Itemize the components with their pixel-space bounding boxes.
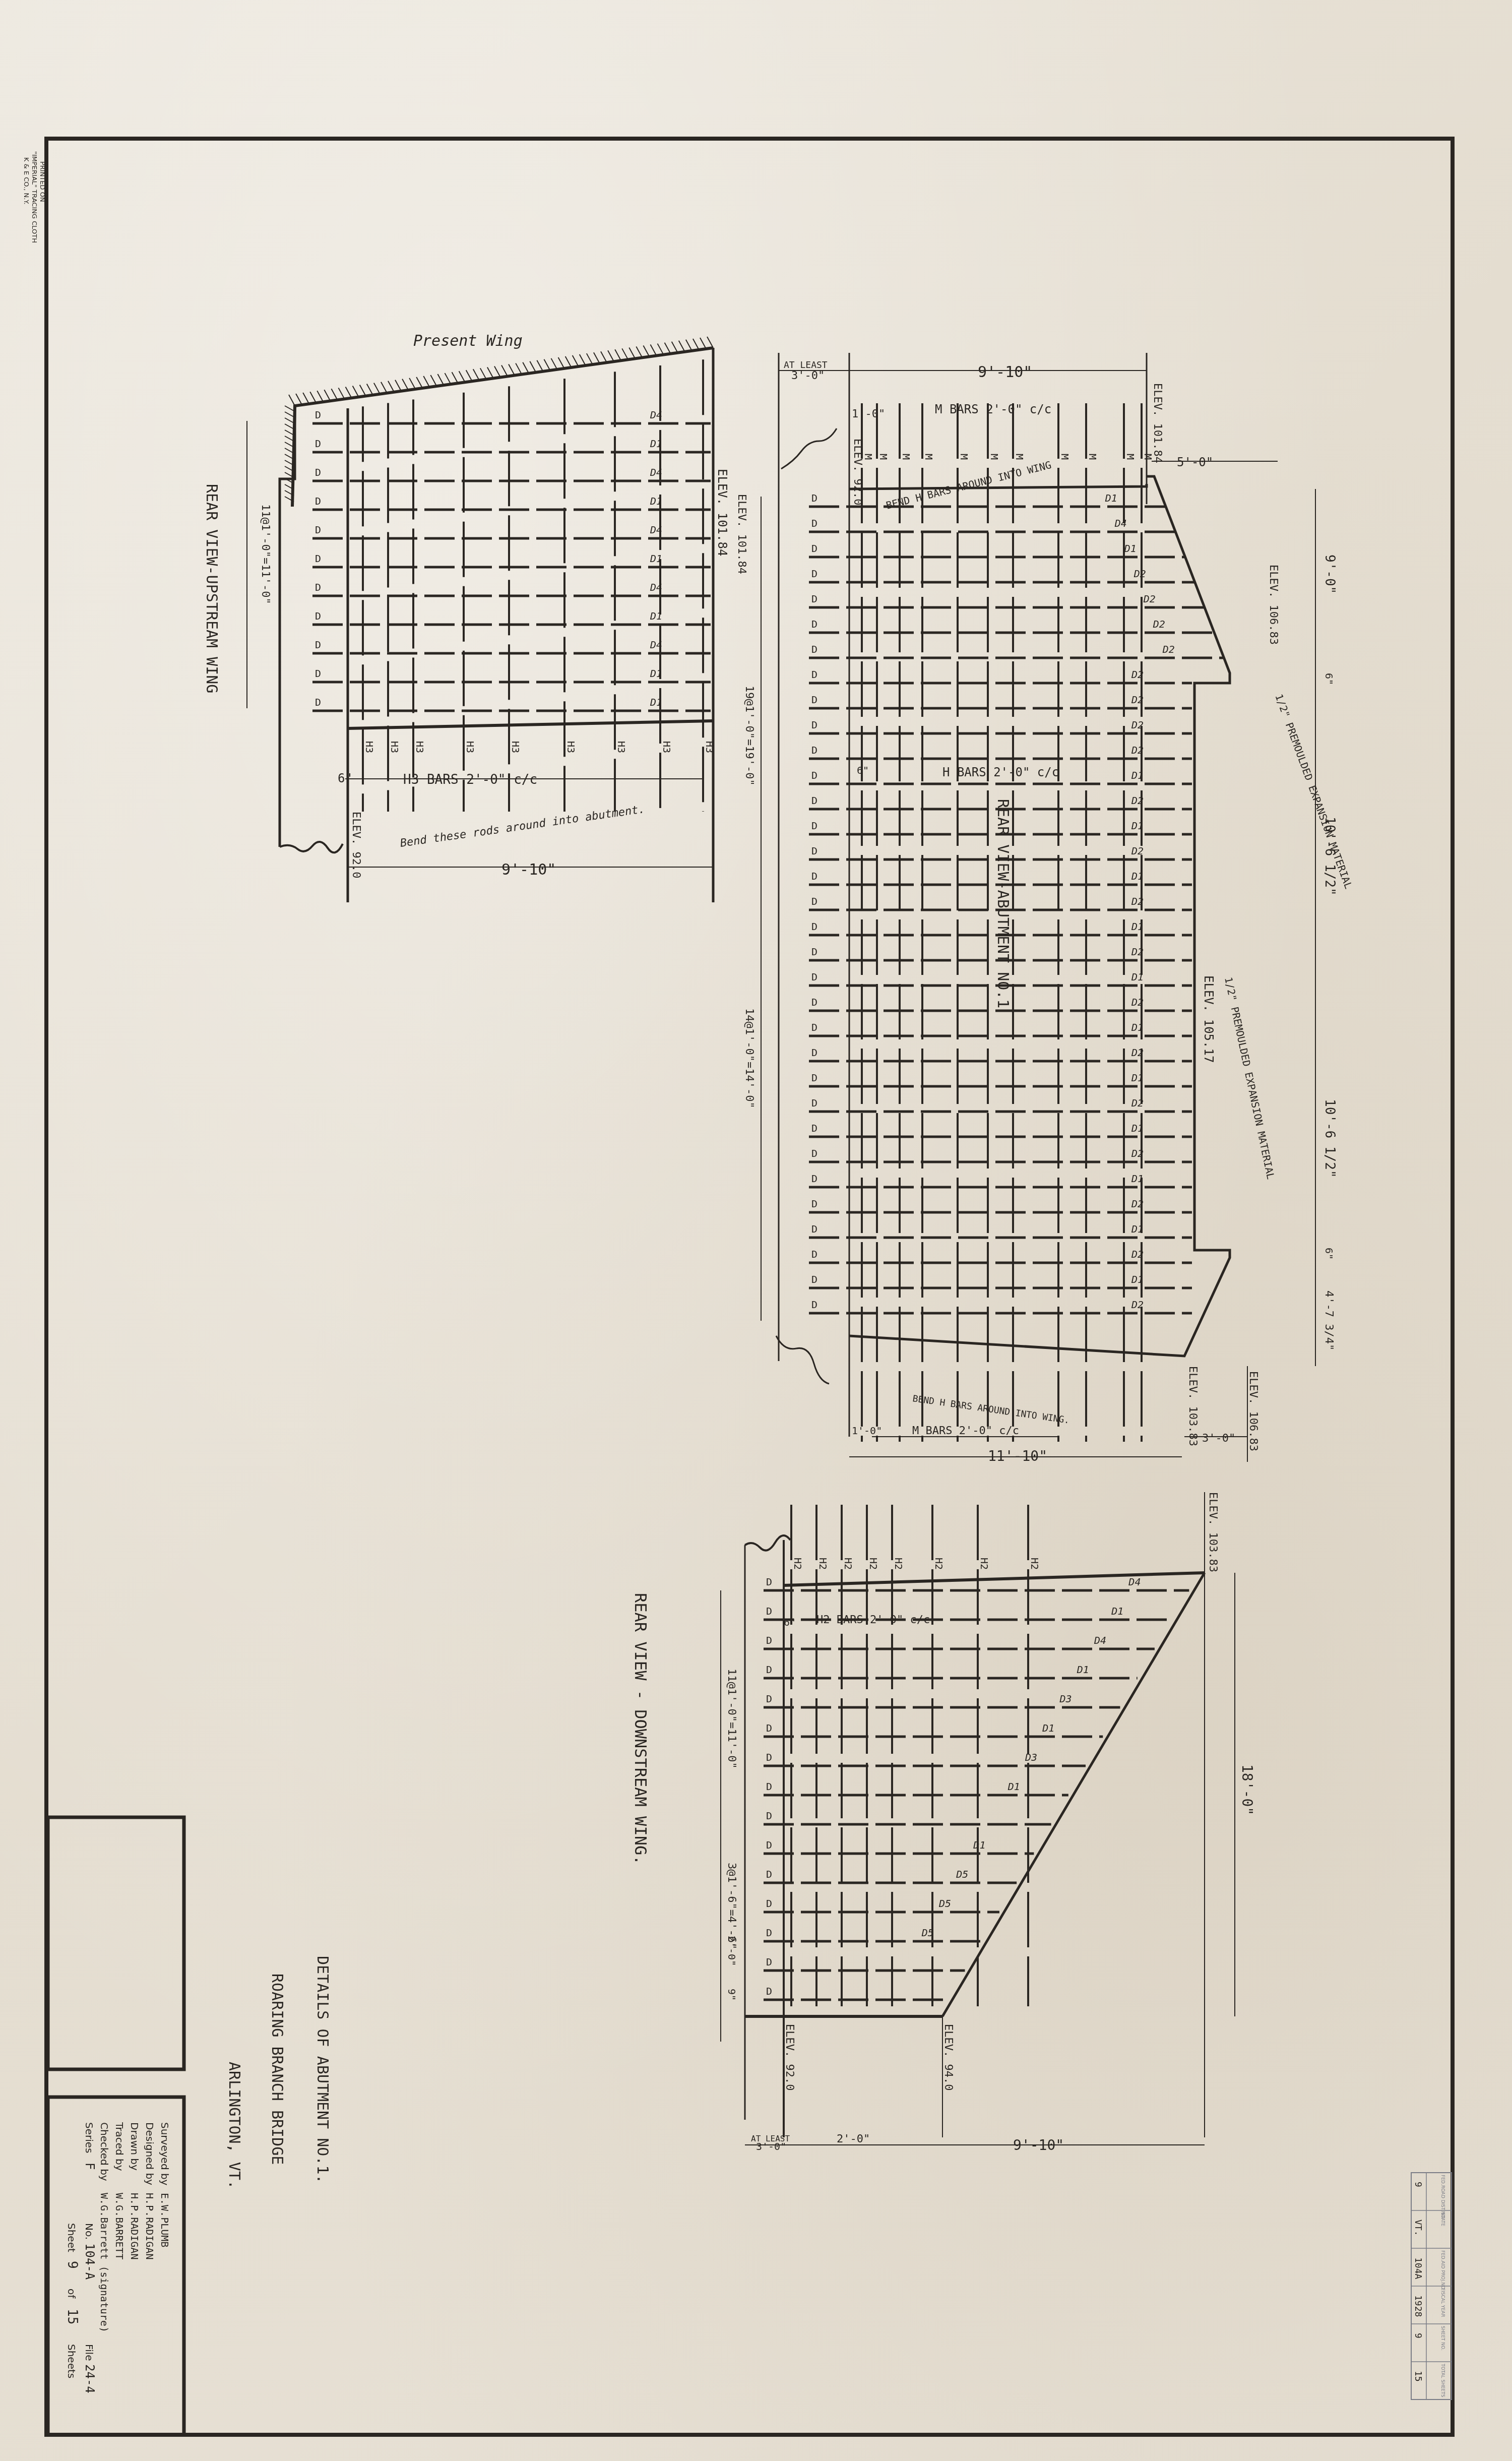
svg-text:D: D [766, 1897, 772, 1910]
svg-text:of: of [66, 2289, 78, 2299]
svg-text:D: D [315, 552, 321, 565]
svg-text:15: 15 [65, 2309, 80, 2324]
svg-text:9": 9" [726, 1989, 738, 2001]
svg-text:H2: H2 [1029, 1558, 1041, 1570]
svg-text:5'-0": 5'-0" [1177, 455, 1213, 469]
svg-text:D: D [766, 1780, 772, 1793]
svg-text:BEND H BARS AROUND INTO WING: BEND H BARS AROUND INTO WING [885, 459, 1052, 512]
svg-text:D: D [811, 1173, 817, 1185]
svg-text:D: D [811, 769, 817, 781]
svg-text:M: M [988, 454, 1000, 460]
svg-text:9'-0": 9'-0" [1322, 555, 1337, 594]
svg-text:"IMPERIAL" TRACING CLOTH: "IMPERIAL" TRACING CLOTH [30, 151, 38, 243]
h3-bars-note: H3 BARS 2'-0" c/c [403, 772, 537, 787]
title-block-label: Designed by [144, 2122, 156, 2185]
svg-text:3'-0": 3'-0" [1202, 1432, 1235, 1445]
svg-text:D: D [811, 694, 817, 706]
title-block-value: W.G.Barrett (signature) [98, 2193, 110, 2332]
svg-text:6": 6" [857, 764, 869, 776]
svg-text:104A: 104A [1413, 2257, 1423, 2280]
svg-text:ELEV. 92.0: ELEV. 92.0 [350, 812, 362, 878]
ab-grid-rebar: DD1DD4DD1DD2DD2DD2DD2DD2DD2DD2DD2DD1DD2D… [809, 403, 1223, 1442]
sheet-border [46, 139, 1453, 2435]
svg-text:D: D [811, 668, 817, 681]
svg-text:D: D [811, 820, 817, 832]
svg-text:ELEV. 92.0: ELEV. 92.0 [851, 439, 864, 505]
svg-text:H3: H3 [565, 741, 577, 753]
svg-text:H3: H3 [510, 741, 522, 753]
svg-text:9: 9 [65, 2261, 80, 2269]
svg-text:D2: D2 [1133, 568, 1146, 580]
svg-text:6": 6" [784, 1616, 796, 1628]
federal-aid-project-box: FED.ROAD DIST.NO.9STATEVT.FED.AID PROJ.N… [1411, 2173, 1452, 2400]
title-block-label: Traced by [113, 2122, 125, 2171]
svg-text:D: D [766, 1634, 772, 1646]
svg-text:D: D [766, 1985, 772, 1997]
svg-text:D4: D4 [1128, 1576, 1141, 1588]
svg-text:ELEV. 103.83: ELEV. 103.83 [1186, 1366, 1199, 1446]
svg-text:1/2" PREMOULDED EXPANSION MATE: 1/2" PREMOULDED EXPANSION MATERIAL [1273, 693, 1355, 891]
blank-title-box [48, 1817, 184, 2069]
svg-text:D: D [766, 1839, 772, 1851]
svg-text:H3: H3 [661, 741, 673, 753]
svg-text:1'-0": 1'-0" [852, 1425, 882, 1437]
svg-text:D3: D3 [1025, 1751, 1037, 1763]
svg-text:D: D [811, 1072, 817, 1084]
svg-text:TOTAL SHEETS: TOTAL SHEETS [1440, 2363, 1445, 2397]
svg-text:M: M [1087, 454, 1099, 460]
svg-text:D2: D2 [1143, 593, 1156, 605]
svg-text:D: D [811, 971, 817, 983]
svg-text:D: D [315, 696, 321, 708]
svg-text:D: D [766, 1810, 772, 1822]
svg-text:9: 9 [1413, 2333, 1423, 2339]
svg-text:H2: H2 [842, 1558, 854, 1570]
svg-text:D2: D2 [1153, 618, 1165, 630]
svg-text:D: D [811, 1299, 817, 1311]
svg-text:File: File [83, 2344, 95, 2361]
abutment-view: DD1DD4DD1DD2DD2DD2DD2DD2DD2DD2DD2DD1DD2D… [735, 353, 1355, 1464]
upstream-width-dim: 9'-10" [501, 861, 556, 879]
svg-text:6": 6" [1323, 673, 1335, 685]
svg-text:18'-0": 18'-0" [1239, 1764, 1255, 1815]
title-block-label: Surveyed by [159, 2122, 171, 2186]
svg-text:M BARS 2'-0" c/c: M BARS 2'-0" c/c [912, 1425, 1019, 1437]
up-grid-rebar: DD4DD1DD4DD1DD4DD1DD4DD1DD4DD1DD1H3H3H3H… [312, 359, 716, 812]
present-wing-label: Present Wing [413, 332, 523, 350]
svg-text:D3: D3 [1059, 1693, 1072, 1705]
svg-text:D: D [766, 1576, 772, 1588]
upstream-wing-view: DD4DD1DD4DD1DD4DD1DD4DD1DD4DD1DD1H3H3H3H… [203, 332, 729, 902]
svg-text:19@1'-0"=19'-0": 19@1'-0"=19'-0" [743, 686, 755, 786]
svg-text:D: D [811, 895, 817, 907]
svg-text:K & E CO., N.Y.: K & E CO., N.Y. [22, 157, 30, 205]
svg-text:D1: D1 [1111, 1605, 1123, 1617]
svg-text:ELEV. 92.0: ELEV. 92.0 [783, 2024, 796, 2090]
svg-text:9'-10": 9'-10" [1013, 2137, 1064, 2154]
svg-text:104-A: 104-A [83, 2243, 97, 2280]
title-line-2: ROARING BRANCH BRIDGE [268, 1974, 286, 2165]
svg-text:ELEV. 101.84: ELEV. 101.84 [715, 469, 729, 556]
svg-text:D5: D5 [938, 1897, 951, 1910]
svg-text:PRINTED ON: PRINTED ON [38, 161, 46, 202]
title-block-value: H.P.RADIGAN [144, 2193, 156, 2259]
svg-text:3'-0": 3'-0" [791, 370, 825, 382]
svg-text:D: D [315, 438, 321, 450]
svg-text:FED.AID PROJ.NO.: FED.AID PROJ.NO. [1440, 2250, 1445, 2291]
svg-text:No.: No. [83, 2223, 95, 2240]
svg-text:M: M [1014, 454, 1026, 460]
svg-text:D1: D1 [1077, 1664, 1089, 1676]
svg-text:D: D [315, 495, 321, 507]
svg-text:ELEV. 101.84: ELEV. 101.84 [1151, 383, 1164, 463]
svg-text:H2: H2 [893, 1558, 905, 1570]
svg-text:H2: H2 [867, 1558, 879, 1570]
svg-text:D: D [315, 409, 321, 421]
svg-text:14@1'-0"=14'-0": 14@1'-0"=14'-0" [743, 1008, 755, 1109]
svg-text:24-4: 24-4 [83, 2364, 97, 2393]
drawing-title: DETAILS OF ABUTMENT NO.1. ROARING BRANCH… [225, 1956, 331, 2189]
svg-text:Sheets: Sheets [66, 2344, 78, 2378]
svg-text:M: M [877, 454, 890, 460]
svg-text:ELEV. 106.83: ELEV. 106.83 [1267, 565, 1280, 645]
title-block-label: Drawn by [129, 2122, 141, 2171]
abutment-view-title: REAR VIEW-ABUTMENT NO.1 [994, 799, 1012, 1008]
title-block-value: E.W.PLUMB [159, 2193, 171, 2247]
svg-text:D: D [766, 1664, 772, 1676]
svg-text:Sheet: Sheet [66, 2223, 78, 2252]
svg-text:D2: D2 [1162, 643, 1175, 655]
title-block-value: H.P.RADIGAN [129, 2193, 141, 2259]
downstream-wing-view: DD4DD1DD4DD1DD3DD1DD3DD1DDD1DD5DD5DD5DDH… [631, 1492, 1255, 2154]
svg-text:11'-10": 11'-10" [988, 1448, 1047, 1464]
svg-text:1928: 1928 [1413, 2295, 1423, 2317]
svg-text:M: M [1059, 454, 1071, 460]
svg-text:3'-0": 3'-0" [756, 2140, 786, 2152]
drawing-canvas: PRINTED ON "IMPERIAL" TRACING CLOTH K & … [0, 0, 1512, 2461]
svg-text:1'-0": 1'-0" [852, 408, 885, 420]
svg-text:D: D [811, 1021, 817, 1033]
svg-text:BEND H BARS AROUND INTO WING.: BEND H BARS AROUND INTO WING. [912, 1393, 1070, 1426]
svg-text:D: D [811, 870, 817, 882]
svg-text:D: D [315, 524, 321, 536]
svg-text:D4: D4 [1114, 517, 1127, 529]
svg-text:D: D [811, 744, 817, 756]
title-block-value: W.G.BARRETT [113, 2193, 125, 2259]
svg-text:H2 BARS 2'-0" c/c: H2 BARS 2'-0" c/c [816, 1614, 930, 1626]
svg-text:D: D [315, 610, 321, 622]
svg-text:D: D [315, 667, 321, 680]
svg-text:AT LEAST: AT LEAST [784, 360, 828, 371]
svg-text:H2: H2 [817, 1558, 829, 1570]
svg-text:15: 15 [1413, 2371, 1423, 2382]
svg-text:D: D [766, 1693, 772, 1705]
svg-text:D1: D1 [1105, 492, 1117, 504]
title-block: Surveyed byE.W.PLUMBDesigned byH.P.RADIG… [65, 2122, 171, 2393]
svg-text:D1: D1 [973, 1839, 985, 1851]
svg-text:10'-6 1/2": 10'-6 1/2" [1322, 1099, 1337, 1178]
svg-text:D: D [766, 1722, 772, 1734]
svg-text:D: D [811, 1198, 817, 1210]
svg-text:D: D [811, 920, 817, 933]
svg-text:D: D [811, 593, 817, 605]
svg-text:D5: D5 [956, 1868, 968, 1880]
svg-text:SHEET NO.: SHEET NO. [1440, 2326, 1445, 2351]
svg-text:D: D [315, 466, 321, 478]
svg-text:ELEV. 103.83: ELEV. 103.83 [1207, 1492, 1219, 1572]
drawing-sheet: PRINTED ON "IMPERIAL" TRACING CLOTH K & … [0, 0, 1512, 2461]
svg-text:D: D [766, 1751, 772, 1763]
svg-text:M: M [900, 454, 912, 460]
svg-text:FISCAL YEAR: FISCAL YEAR [1440, 2288, 1445, 2317]
svg-text:ELEV. 106.83: ELEV. 106.83 [1247, 1371, 1259, 1451]
svg-text:D: D [811, 996, 817, 1008]
svg-text:D: D [315, 639, 321, 651]
svg-text:D: D [766, 1927, 772, 1939]
cloth-imprint: PRINTED ON "IMPERIAL" TRACING CLOTH K & … [22, 151, 46, 243]
svg-text:1/2" PREMOULDED EXPANSION MATE: 1/2" PREMOULDED EXPANSION MATERIAL [1222, 976, 1277, 1180]
svg-text:D: D [811, 845, 817, 857]
svg-text:H3: H3 [464, 741, 476, 753]
svg-text:Series: Series [83, 2122, 95, 2154]
svg-text:D1: D1 [1124, 542, 1137, 555]
svg-text:6": 6" [1323, 1248, 1335, 1260]
svg-text:D: D [811, 1273, 817, 1285]
svg-text:D4: D4 [1094, 1634, 1106, 1646]
svg-text:10'-6 1/2": 10'-6 1/2" [1322, 817, 1337, 896]
svg-text:9: 9 [1413, 2182, 1423, 2187]
svg-text:D: D [811, 568, 817, 580]
svg-text:M BARS 2'-0" c/c: M BARS 2'-0" c/c [935, 402, 1051, 416]
svg-text:D: D [811, 1248, 817, 1260]
downstream-view-title: REAR VIEW - DOWNSTREAM WING. [631, 1593, 650, 1865]
svg-text:D: D [811, 794, 817, 807]
svg-text:D: D [766, 1868, 772, 1880]
title-block-label: Checked by [98, 2122, 110, 2181]
title-line-3: ARLINGTON, VT. [225, 2062, 243, 2189]
upstream-view-title: REAR VIEW-UPSTREAM WING [203, 484, 220, 693]
svg-text:M: M [1124, 454, 1137, 460]
svg-text:VT.: VT. [1413, 2220, 1423, 2236]
svg-text:D: D [811, 517, 817, 529]
svg-text:D: D [811, 1097, 817, 1109]
svg-text:D: D [315, 581, 321, 593]
svg-text:H2: H2 [933, 1558, 945, 1570]
svg-text:M: M [958, 454, 970, 460]
svg-text:D: D [811, 946, 817, 958]
svg-text:6": 6" [338, 771, 352, 785]
svg-text:ELEV. 94.0: ELEV. 94.0 [942, 2024, 955, 2090]
svg-text:D: D [811, 1147, 817, 1159]
svg-text:H BARS 2'-0" c/c: H BARS 2'-0" c/c [942, 765, 1059, 779]
svg-text:D1: D1 [1007, 1780, 1020, 1793]
svg-text:11@1'-0"=11'-0": 11@1'-0"=11'-0" [259, 504, 272, 604]
svg-text:M: M [923, 454, 935, 460]
svg-text:H3: H3 [414, 741, 426, 753]
svg-text:2'-0": 2'-0" [726, 1936, 738, 1966]
svg-text:D: D [811, 643, 817, 655]
svg-text:H3: H3 [704, 741, 716, 753]
svg-text:F: F [83, 2163, 97, 2170]
svg-text:D: D [811, 1047, 817, 1059]
svg-text:ELEV. 105.17: ELEV. 105.17 [1202, 975, 1216, 1063]
svg-text:D: D [811, 1122, 817, 1134]
svg-text:D: D [766, 1605, 772, 1617]
title-line-1: DETAILS OF ABUTMENT NO.1. [313, 1956, 331, 2184]
svg-text:D: D [811, 1223, 817, 1235]
abutment-top-width: 9'-10" [978, 363, 1032, 381]
svg-text:D: D [811, 618, 817, 630]
svg-text:ELEV. 101.84: ELEV. 101.84 [735, 494, 748, 574]
svg-text:11@1'-0"=11'-0": 11@1'-0"=11'-0" [725, 1669, 738, 1769]
svg-text:2'-0": 2'-0" [837, 2133, 870, 2145]
svg-text:H3: H3 [389, 741, 401, 753]
svg-text:D: D [811, 719, 817, 731]
svg-text:4'-7 3/4": 4'-7 3/4" [1322, 1290, 1335, 1350]
svg-text:H3: H3 [363, 741, 375, 753]
svg-text:H2: H2 [792, 1558, 804, 1570]
svg-text:H2: H2 [978, 1558, 990, 1570]
bend-rods-note: Bend these rods around into abutment. [399, 803, 646, 850]
svg-text:D: D [766, 1956, 772, 1968]
svg-text:D: D [811, 492, 817, 504]
svg-text:D1: D1 [1042, 1722, 1054, 1734]
svg-text:STATE: STATE [1440, 2212, 1445, 2226]
svg-text:H3: H3 [615, 741, 627, 753]
svg-text:D: D [811, 542, 817, 555]
